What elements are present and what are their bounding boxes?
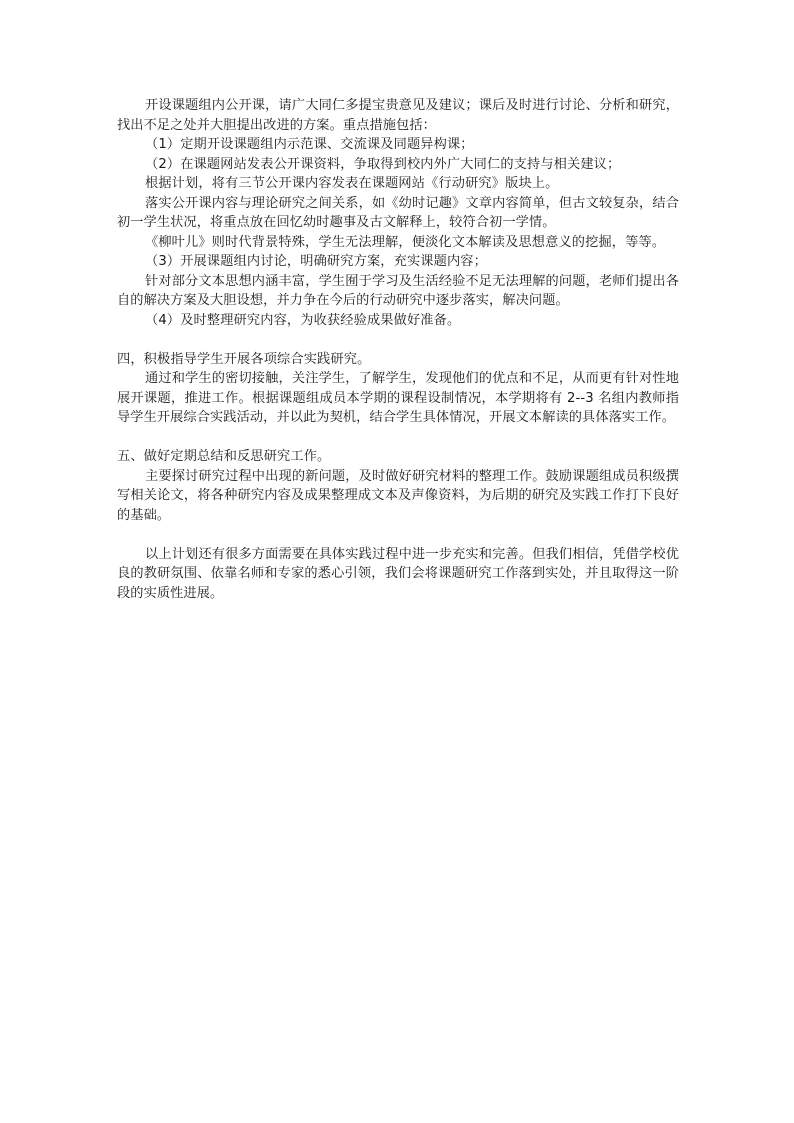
paragraph-liuyeer: 《柳叶儿》则时代背景特殊，学生无法理解，便淡化文本解读及思想意义的挖掘，等等。 bbox=[117, 233, 679, 253]
list-item-measure-3: （3）开展课题组内讨论，明确研究方案，充实课题内容； bbox=[117, 252, 679, 272]
document-page: 开设课题组内公开课，请广大同仁多提宝贵意见及建议；课后及时进行讨论、分析和研究，… bbox=[117, 96, 679, 603]
spacer bbox=[117, 525, 679, 545]
list-item-measure-4: （4）及时整理研究内容，为收获经验成果做好准备。 bbox=[117, 311, 679, 331]
paragraph-theory-link: 落实公开课内容与理论研究之间关系，如《幼时记趣》文章内容简单，但古文较复杂，结合… bbox=[117, 194, 679, 233]
section-heading-5: 五、做好定期总结和反思研究工作。 bbox=[117, 447, 679, 467]
spacer bbox=[117, 330, 679, 350]
list-item-measure-2: （2）在课题网站发表公开课资料，争取得到校内外广大同仁的支持与相关建议； bbox=[117, 155, 679, 175]
list-item-measure-1: （1）定期开设课题组内示范课、交流课及同题异构课； bbox=[117, 135, 679, 155]
paragraph-open-class-intro: 开设课题组内公开课，请广大同仁多提宝贵意见及建议；课后及时进行讨论、分析和研究，… bbox=[117, 96, 679, 135]
paragraph-plan-note: 根据计划，将有三节公开课内容发表在课题网站《行动研究》版块上。 bbox=[117, 174, 679, 194]
section-heading-4: 四，积极指导学生开展各项综合实践研究。 bbox=[117, 350, 679, 370]
paragraph-solutions: 针对部分文本思想内涵丰富，学生囿于学习及生活经验不足无法理解的问题，老师们提出各… bbox=[117, 272, 679, 311]
paragraph-section-5-body: 主要探讨研究过程中出现的新问题，及时做好研究材料的整理工作。鼓励课题组成员积级撰… bbox=[117, 467, 679, 526]
paragraph-conclusion: 以上计划还有很多方面需要在具体实践过程中进一步充实和完善。但我们相信，凭借学校优… bbox=[117, 545, 679, 604]
paragraph-section-4-body: 通过和学生的密切接触，关注学生，了解学生，发现他们的优点和不足，从而更有针对性地… bbox=[117, 369, 679, 428]
spacer bbox=[117, 428, 679, 448]
